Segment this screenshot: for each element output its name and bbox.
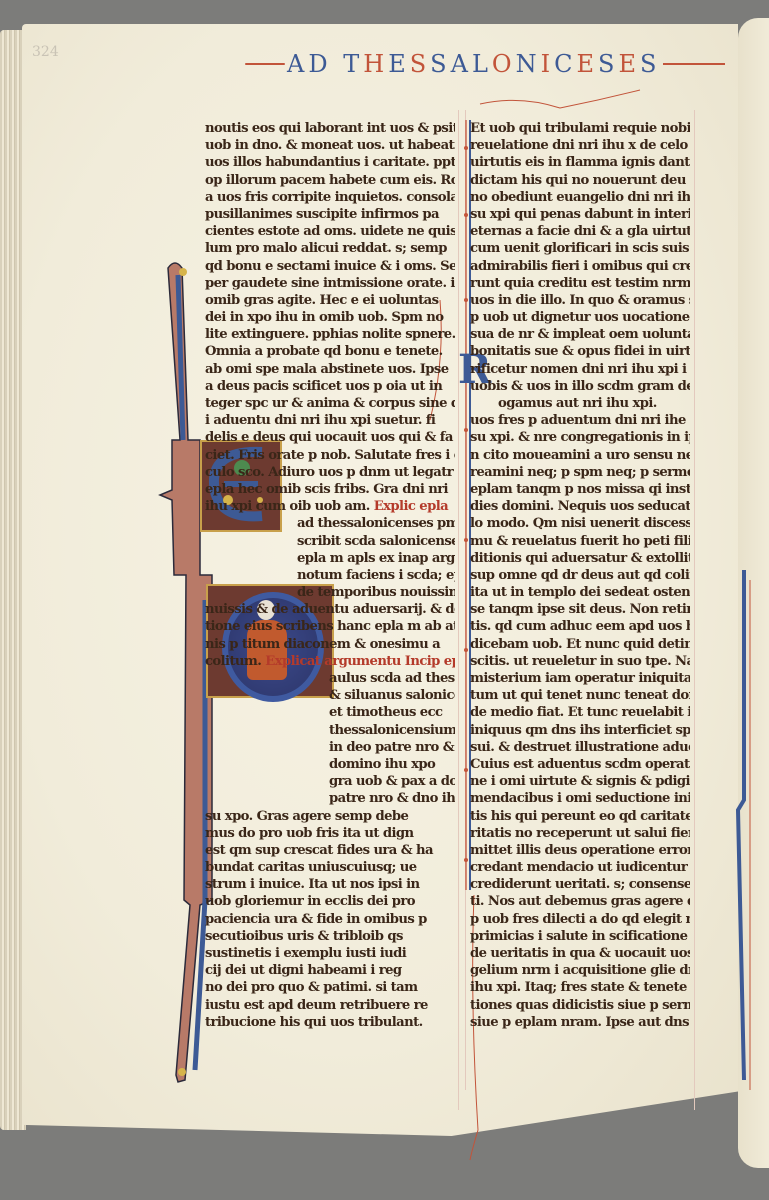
text-line: scitis. ut reueletur in suo tpe. Nam — [470, 653, 690, 670]
text-line: gra uob & pax a do — [205, 773, 455, 790]
text-line: dei in xpo ihu in omib uob. Spm no — [205, 309, 455, 326]
text-line: strum i inuice. Ita ut nos ipsi in — [205, 876, 455, 893]
text-line: qd bonu e sectami inuice & i oms. Se — [205, 258, 455, 275]
text-line: mittet illis deus operatione erroris ut — [470, 842, 690, 859]
text-line: admirabilis fieri i omibus qui credide — [470, 258, 690, 275]
text-line: cum uenit glorificari in scis suis et — [470, 240, 690, 257]
text-column-left: noutis eos qui laborant int uos & psituo… — [205, 120, 455, 1031]
text-line: p uob ut dignetur uos uocatione — [470, 309, 690, 326]
text-line: scribit scda salonicenses. — [205, 533, 455, 550]
text-line: no dei pro quo & patimi. si tam — [205, 979, 455, 996]
text-line: sua de nr & impleat oem uoluntate — [470, 326, 690, 343]
text-line: tis his qui pereunt eo qd caritate ue — [470, 808, 690, 825]
text-line: dictam his qui no nouerunt deu & qi — [470, 172, 690, 189]
text-line: su xpo. Gras agere semp debe — [205, 808, 455, 825]
text-line: omib gras agite. Hec e ei uoluntas — [205, 292, 455, 309]
text-line: lite extinguere. pphias nolite spnere. — [205, 326, 455, 343]
text-line: uob in dno. & moneat uos. ut habeatis — [205, 137, 455, 154]
text-line: sustinetis i exemplu iusti iudi — [205, 945, 455, 962]
text-line: n cito moueamini a uro sensu neq; ter — [470, 447, 690, 464]
text-line: ne i omi uirtute & signis & pdigiis — [470, 773, 690, 790]
text-line: mu & reuelatus fuerit ho peti filius p — [470, 533, 690, 550]
text-line: dicebam uob. Et nunc quid detineat — [470, 636, 690, 653]
text-line: noutis eos qui laborant int uos & psit — [205, 120, 455, 137]
text-line: crediderunt ueritati. s; consenserunt in… — [470, 876, 690, 893]
text-line: thessalonicensium — [205, 722, 455, 739]
text-line: eternas a facie dni & a gla uirtutis eiu… — [470, 223, 690, 240]
text-line: reamini neq; p spm neq; p sermone neq; p — [470, 464, 690, 481]
text-line: tribucione his qui uos tribulant. — [205, 1014, 455, 1031]
text-line: se tanqm ipse sit deus. Non retinetis — [470, 601, 690, 618]
text-line: lo modo. Qm nisi uenerit discessio p — [470, 515, 690, 532]
text-line: iustu est apd deum retribuere re — [205, 997, 455, 1014]
text-line: teger spc ur & anima & corpus sine qrela — [205, 395, 455, 412]
text-line: eplam tanqm p nos missa qi instet — [470, 481, 690, 498]
text-line: epla m apls ex inap argu — [205, 550, 455, 567]
text-line: cij dei ut digni habeami i reg — [205, 962, 455, 979]
text-line: tiones quas didicistis siue p sermone — [470, 997, 690, 1014]
text-line: ogamus aut nri ihu xpi. — [470, 395, 690, 412]
text-line: tis. qd cum adhuc eem apd uos hec — [470, 618, 690, 635]
text-line: ita ut in templo dei sedeat ostendens — [470, 584, 690, 601]
text-line: uob gloriemur in ecclis dei pro — [205, 893, 455, 910]
text-line: dies domini. Nequis uos seducat ul — [470, 498, 690, 515]
text-line: delis e deus qui uocauit uos qui & fa — [205, 429, 455, 446]
text-column-right: Et uob qui tribulami requie nobiscu ireu… — [470, 120, 690, 1031]
text-line: notum faciens i scda; epla; ad — [205, 567, 455, 584]
text-line: bonitatis sue & opus fidei in uirtute ut… — [470, 343, 690, 360]
text-line: pusillanimes suscipite infirmos pa — [205, 206, 455, 223]
text-line: rificetur nomen dni nri ihu xpi i — [470, 361, 690, 378]
text-line: misterium iam operatur iniquitatis ta — [470, 670, 690, 687]
text-line: aulus scda ad thes — [205, 670, 455, 687]
text-line: ti. Nos aut debemus gras agere do semp — [470, 893, 690, 910]
text-line: gelium nrm i acquisitione glie dni nri — [470, 962, 690, 979]
text-line: ritatis no receperunt ut salui fierent. … — [470, 825, 690, 842]
text-line: sup omne qd dr deus aut qd colitur. — [470, 567, 690, 584]
text-line: nuissis & de aduentu aduersarij. & de de… — [205, 601, 455, 618]
text-line: Cuius est aduentus scdm operatione sathe — [470, 756, 690, 773]
text-line: ihu xpi cum oib uob am. Explic epla — [205, 498, 455, 515]
text-line: in deo patre nro & — [205, 739, 455, 756]
text-line: ciet. Fris orate p nob. Salutate fres i … — [205, 447, 455, 464]
text-line: ihu xpi. Itaq; fres state & tenete tradi — [470, 979, 690, 996]
text-line: est qm sup crescat fides ura & ha — [205, 842, 455, 859]
text-line: cientes estote ad oms. uidete ne quis ml — [205, 223, 455, 240]
text-line: credant mendacio ut iudicentur oms qui n — [470, 859, 690, 876]
text-line: epla hec omib scis fribs. Gra dni nri — [205, 481, 455, 498]
text-line: uirtutis eis in flamma ignis dantis uin — [470, 154, 690, 171]
text-line: p uob fres dilecti a do qd elegit nos ds — [470, 911, 690, 928]
text-line: uos fres p aduentum dni nri ihe — [470, 412, 690, 429]
text-line: uos in die illo. In quo & oramus semp — [470, 292, 690, 309]
text-line: de temporibus nouissimis thessalonice — [205, 584, 455, 601]
text-line: uobis & uos in illo scdm gram dei nri & — [470, 378, 690, 395]
text-line: de medio fiat. Et tunc reuelabit ille — [470, 704, 690, 721]
text-line: siue p eplam nram. Ipse aut dns nr ihe x… — [470, 1014, 690, 1031]
text-line: no obediunt euangelio dni nri ihe — [470, 189, 690, 206]
text-line: mus do pro uob fris ita ut dign — [205, 825, 455, 842]
text-line: domino ihu xpo — [205, 756, 455, 773]
text-line: tione eius scribens hanc epla m ab athe — [205, 618, 455, 635]
text-line: ab omi spe mala abstinete uos. Ipse — [205, 361, 455, 378]
text-line: tum ut qui tenet nunc teneat donec — [470, 687, 690, 704]
text-line: paciencia ura & fide in omibus p — [205, 911, 455, 928]
text-line: ad thessalonicenses pma ad de — [205, 515, 455, 532]
text-line: per gaudete sine intmissione orate. i — [205, 275, 455, 292]
text-line: su xpi. & nre congregationis in ipm ut — [470, 429, 690, 446]
text-line: ditionis qui aduersatur & extollit — [470, 550, 690, 567]
text-line: nis p titum diaconem & onesimu a — [205, 636, 455, 653]
text-line: a uos fris corripite inquietos. consolam… — [205, 189, 455, 206]
text-line: uos illos habundantius i caritate. ppt — [205, 154, 455, 171]
text-line: su xpi qui penas dabunt in interitu — [470, 206, 690, 223]
text-line: mendacibus i omi seductione iniquita — [470, 790, 690, 807]
text-line: Omnia a probate qd bonu e tenete. — [205, 343, 455, 360]
text-line: primicias i salute in scificatione spus … — [470, 928, 690, 945]
text-line: de ueritatis in qua & uocauit uos p eua — [470, 945, 690, 962]
text-line: & siluanus salonicenses. — [205, 687, 455, 704]
text-line: op illorum pacem habete cum eis. Rogamus — [205, 172, 455, 189]
text-line: patre nro & dno ihe — [205, 790, 455, 807]
text-line: bundat caritas uniuscuiusq; ue — [205, 859, 455, 876]
manuscript-spread: 324 AD THESSALONICESES — [0, 0, 769, 1200]
text-line: Et uob qui tribulami requie nobiscu i — [470, 120, 690, 137]
text-line: colitum. Explicat argumentu Incip epla — [205, 653, 455, 670]
text-line: et timotheus ecc — [205, 704, 455, 721]
text-line: culo sco. Adiuro uos p dnm ut legatr — [205, 464, 455, 481]
text-line: a deus pacis scificet uos p oia ut in — [205, 378, 455, 395]
text-line: lum pro malo alicui reddat. s; semp — [205, 240, 455, 257]
text-line: reuelatione dni nri ihu x de celo c angl… — [470, 137, 690, 154]
text-line: iniquus qm dns ihs interficiet spu oris — [470, 722, 690, 739]
text-line: secutioibus uris & tribloib qs — [205, 928, 455, 945]
text-line: runt quia creditu est testim nrm sr — [470, 275, 690, 292]
text-line: sui. & destruet illustratione aduentus s… — [470, 739, 690, 756]
text-line: i aduentu dni nri ihu xpi suetur. fi — [205, 412, 455, 429]
